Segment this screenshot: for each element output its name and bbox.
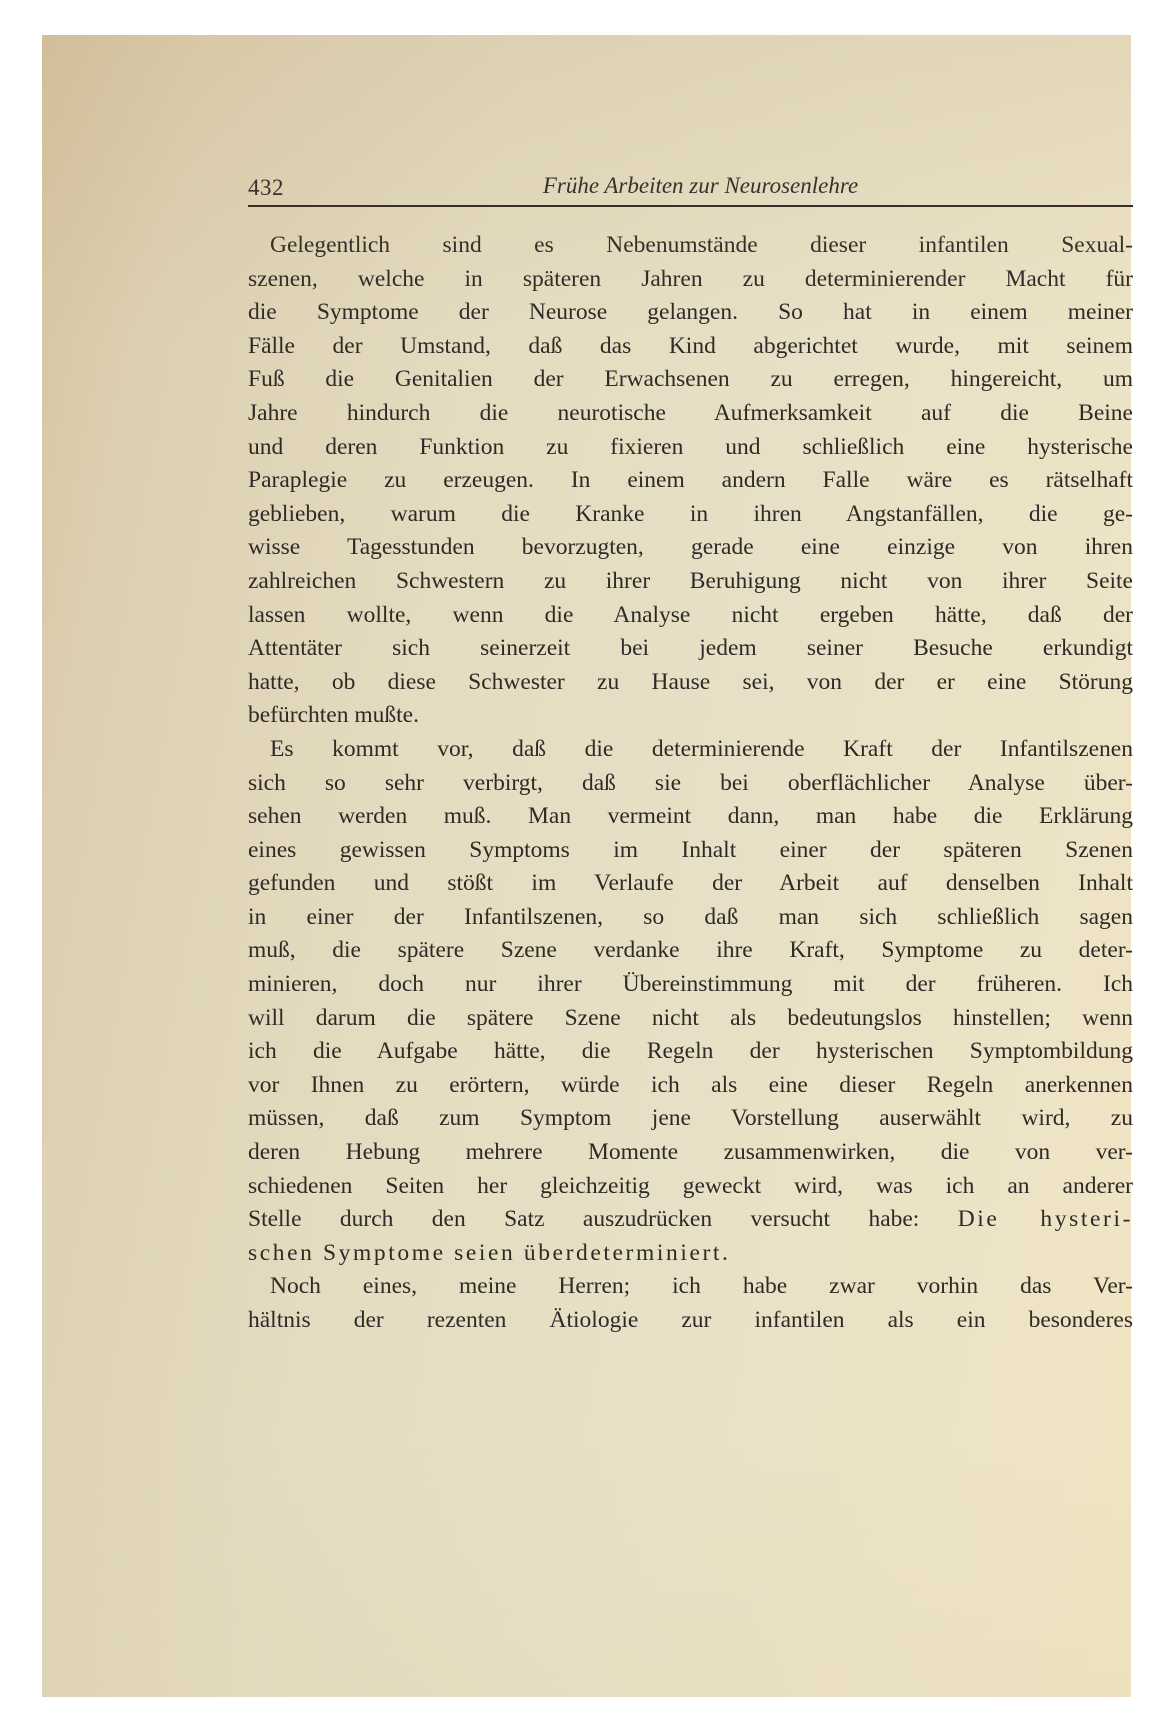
text-line: eines gewissen Symptoms im Inhalt einer … [248,834,1133,868]
text-line: minieren, doch nur ihrer Übereinstimmung… [248,968,1133,1002]
text-line: in einer der Infantilszenen, so daß man … [248,901,1133,935]
text-line: Attentäter sich seinerzeit bei jedem sei… [248,632,1133,666]
text-line: zahlreichen Schwestern zu ihrer Beruhigu… [248,565,1133,599]
text-line: und deren Funktion zu fixieren und schli… [248,431,1133,465]
text-line: Paraplegie zu erzeugen. In einem andern … [248,464,1133,498]
text-line: sehen werden muß. Man vermeint dann, man… [248,800,1133,834]
text-line: Jahre hindurch die neurotische Aufmerksa… [248,397,1133,431]
paragraph: Noch eines, meine Herren; ich habe zwar … [248,1270,1133,1337]
body-text: Gelegentlich sind es Nebenumstände diese… [248,229,1133,1338]
text-line: vor Ihnen zu erörtern, würde ich als ein… [248,1069,1133,1103]
text-line: Es kommt vor, daß die determinierende Kr… [248,733,1133,767]
text-line: befürchten mußte. [248,699,1133,733]
text-line: sich so sehr verbirgt, daß sie bei oberf… [248,767,1133,801]
text-line: will darum die spätere Szene nicht als b… [248,1002,1133,1036]
text-line: muß, die spätere Szene verdanke ihre Kra… [248,934,1133,968]
emphasized-text-line: schen Symptome seien überdeterminiert. [248,1237,1133,1271]
page-header: 432 Frühe Arbeiten zur Neurosenlehre [248,169,1133,207]
paragraph: Gelegentlich sind es Nebenumstände diese… [248,229,1133,733]
text-line: geblieben, warum die Kranke in ihren Ang… [248,498,1133,532]
text-line: müssen, daß zum Symptom jene Vorstellung… [248,1102,1133,1136]
emphasized-text: Die hysteri- [958,1206,1133,1232]
paragraph: Es kommt vor, daß die determinierende Kr… [248,733,1133,1271]
text-line: lassen wollte, wenn die Analyse nicht er… [248,599,1133,633]
text-line: Gelegentlich sind es Nebenumstände diese… [248,229,1133,263]
text-line: Fuß die Genitalien der Erwachsenen zu er… [248,363,1133,397]
text-line: schiedenen Seiten her gleichzeitig gewec… [248,1170,1133,1204]
text-line: gefunden und stößt im Verlaufe der Arbei… [248,867,1133,901]
text-run: Stelle durch den Satz auszudrücken versu… [248,1206,958,1232]
running-title: Frühe Arbeiten zur Neurosenlehre [248,173,1133,199]
text-line: ich die Aufgabe hätte, die Regeln der hy… [248,1035,1133,1069]
text-line-with-emphasis: Stelle durch den Satz auszudrücken versu… [248,1203,1133,1237]
text-line: Noch eines, meine Herren; ich habe zwar … [248,1270,1133,1304]
text-line: deren Hebung mehrere Momente zusammenwir… [248,1136,1133,1170]
scanned-book-page: 432 Frühe Arbeiten zur Neurosenlehre Gel… [42,35,1131,1697]
text-line: wisse Tagesstunden bevorzugten, gerade e… [248,531,1133,565]
text-line: szenen, welche in späteren Jahren zu det… [248,263,1133,297]
text-line: Fälle der Umstand, daß das Kind abgerich… [248,330,1133,364]
text-line: die Symptome der Neurose gelangen. So ha… [248,296,1133,330]
text-line: hältnis der rezenten Ätiologie zur infan… [248,1304,1133,1338]
text-line: hatte, ob diese Schwester zu Hause sei, … [248,666,1133,700]
